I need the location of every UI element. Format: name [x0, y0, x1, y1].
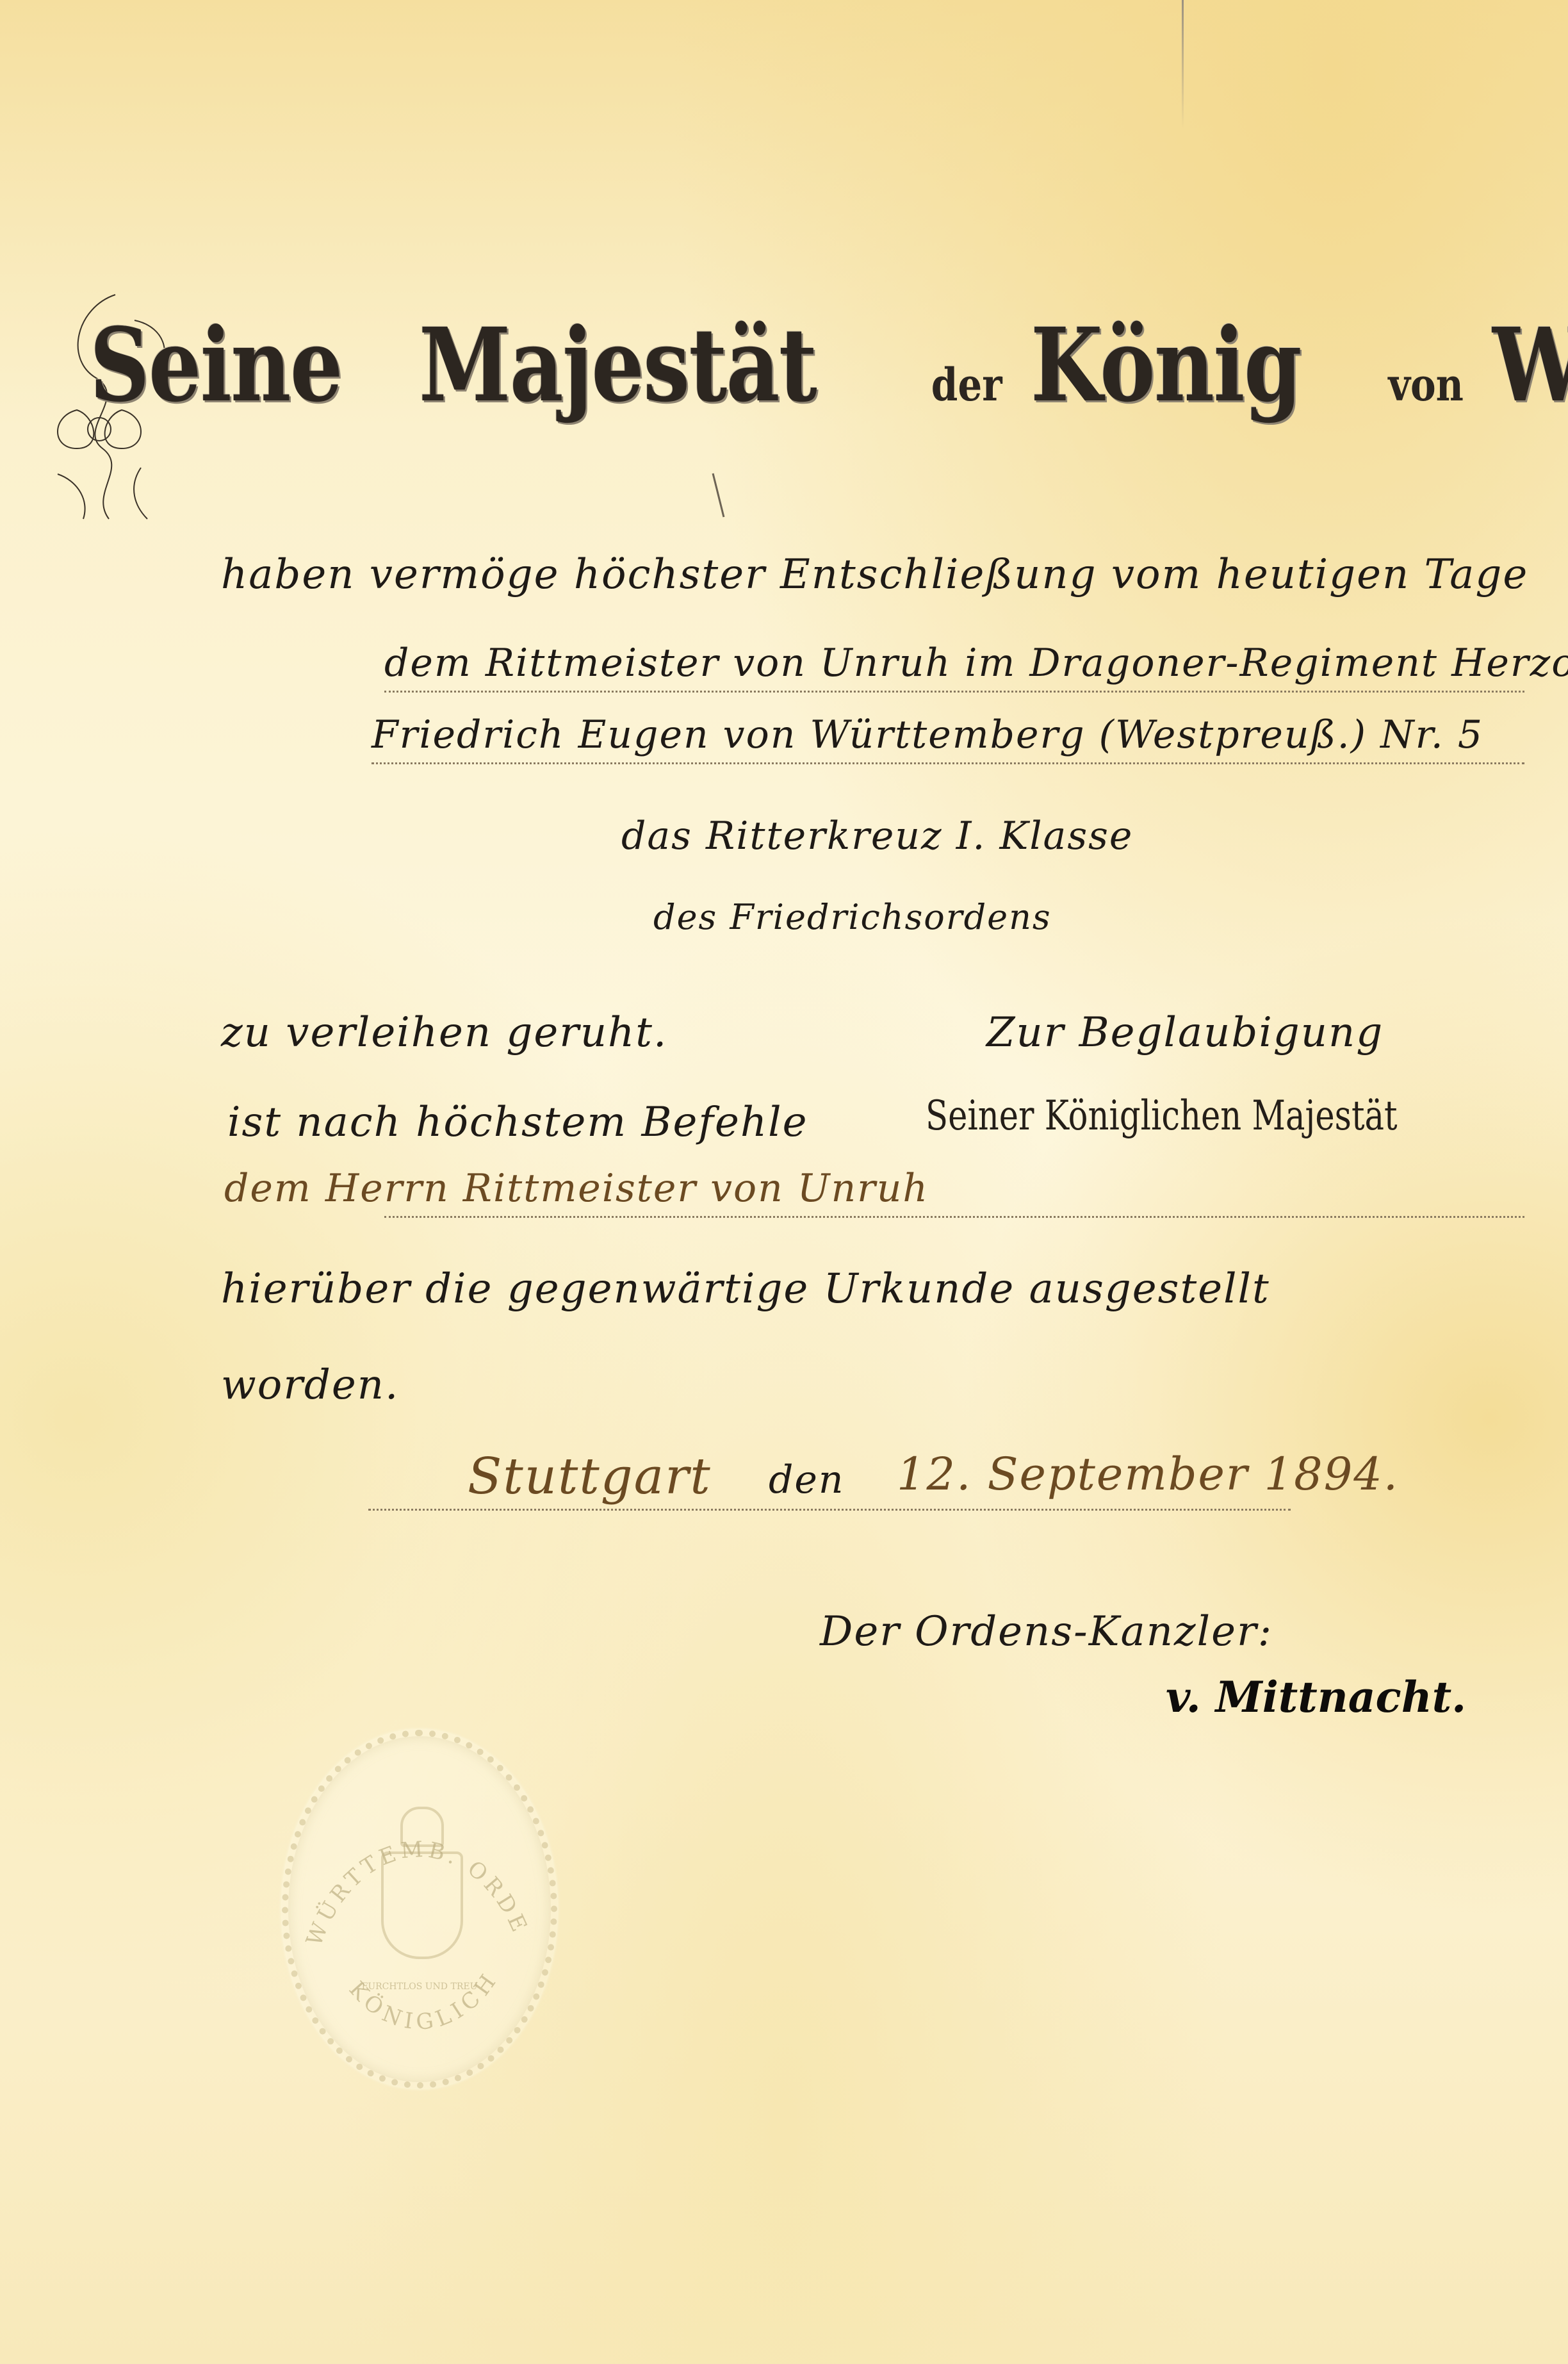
printed-majesty-title: Seiner Königlichen Majestät [926, 1092, 1398, 1140]
pen-mark [712, 473, 725, 518]
dotted-rule [372, 762, 1524, 764]
paper-crease [1182, 0, 1184, 128]
heading-der: der [931, 363, 1002, 407]
dotted-rule [368, 1509, 1291, 1511]
document-heading: Seine Majestät der König von Württemberg [90, 269, 1524, 416]
signature: v. Mittnacht. [1166, 1672, 1466, 1722]
body-line-attest: Zur Beglaubigung [986, 1009, 1384, 1056]
body-line-command: ist nach höchstem Befehle [227, 1099, 808, 1146]
heading-wuerttemberg: Württemberg [1492, 315, 1568, 416]
dotted-rule [384, 1216, 1524, 1218]
order-name: des Friedrichsordens [653, 897, 1052, 937]
seal-inscription-top: WÜRTTEMB. ORDENS KANZLEI [288, 1736, 534, 1949]
date: 12. September 1894. [897, 1448, 1399, 1500]
body-line-1: haben vermöge höchster Entschließung vom… [221, 551, 1528, 598]
svg-text:KÖNIGLICH: KÖNIGLICH [344, 1966, 504, 2036]
seal-motto: FURCHTLOS UND TREU [362, 1982, 478, 1992]
body-line-issued: hierüber die gegenwärtige Urkunde ausges… [221, 1265, 1270, 1313]
body-line-grant: zu verleihen geruht. [221, 1009, 667, 1056]
date-den: den [769, 1457, 845, 1502]
body-line-worden: worden. [221, 1361, 399, 1409]
embossed-seal: WÜRTTEMB. ORDENS KANZLEI KÖNIGLICH FURCH… [282, 1730, 557, 2089]
award-title: das Ritterkreuz I. Klasse [621, 814, 1133, 858]
seal-inscription-bottom: KÖNIGLICH [344, 1966, 504, 2036]
dotted-rule [384, 691, 1524, 693]
svg-text:WÜRTTEMB. ORDENS KANZLEI: WÜRTTEMB. ORDENS KANZLEI [288, 1736, 534, 1949]
heading-seine: Seine [90, 315, 342, 416]
seal-inscription: WÜRTTEMB. ORDENS KANZLEI KÖNIGLICH FURCH… [288, 1736, 551, 2082]
heading-von: von [1389, 363, 1464, 407]
body-line-2: dem Rittmeister von Unruh im Dragoner-Re… [384, 641, 1568, 685]
heading-koenig: König [1031, 315, 1301, 416]
place: Stuttgart [468, 1448, 712, 1506]
signatory-title: Der Ordens-Kanzler: [820, 1608, 1273, 1655]
recipient-line: dem Herrn Rittmeister von Unruh [224, 1166, 929, 1211]
body-line-3: Friedrich Eugen von Württemberg (Westpre… [372, 712, 1483, 757]
heading-majestaet: Majestät [419, 315, 816, 416]
